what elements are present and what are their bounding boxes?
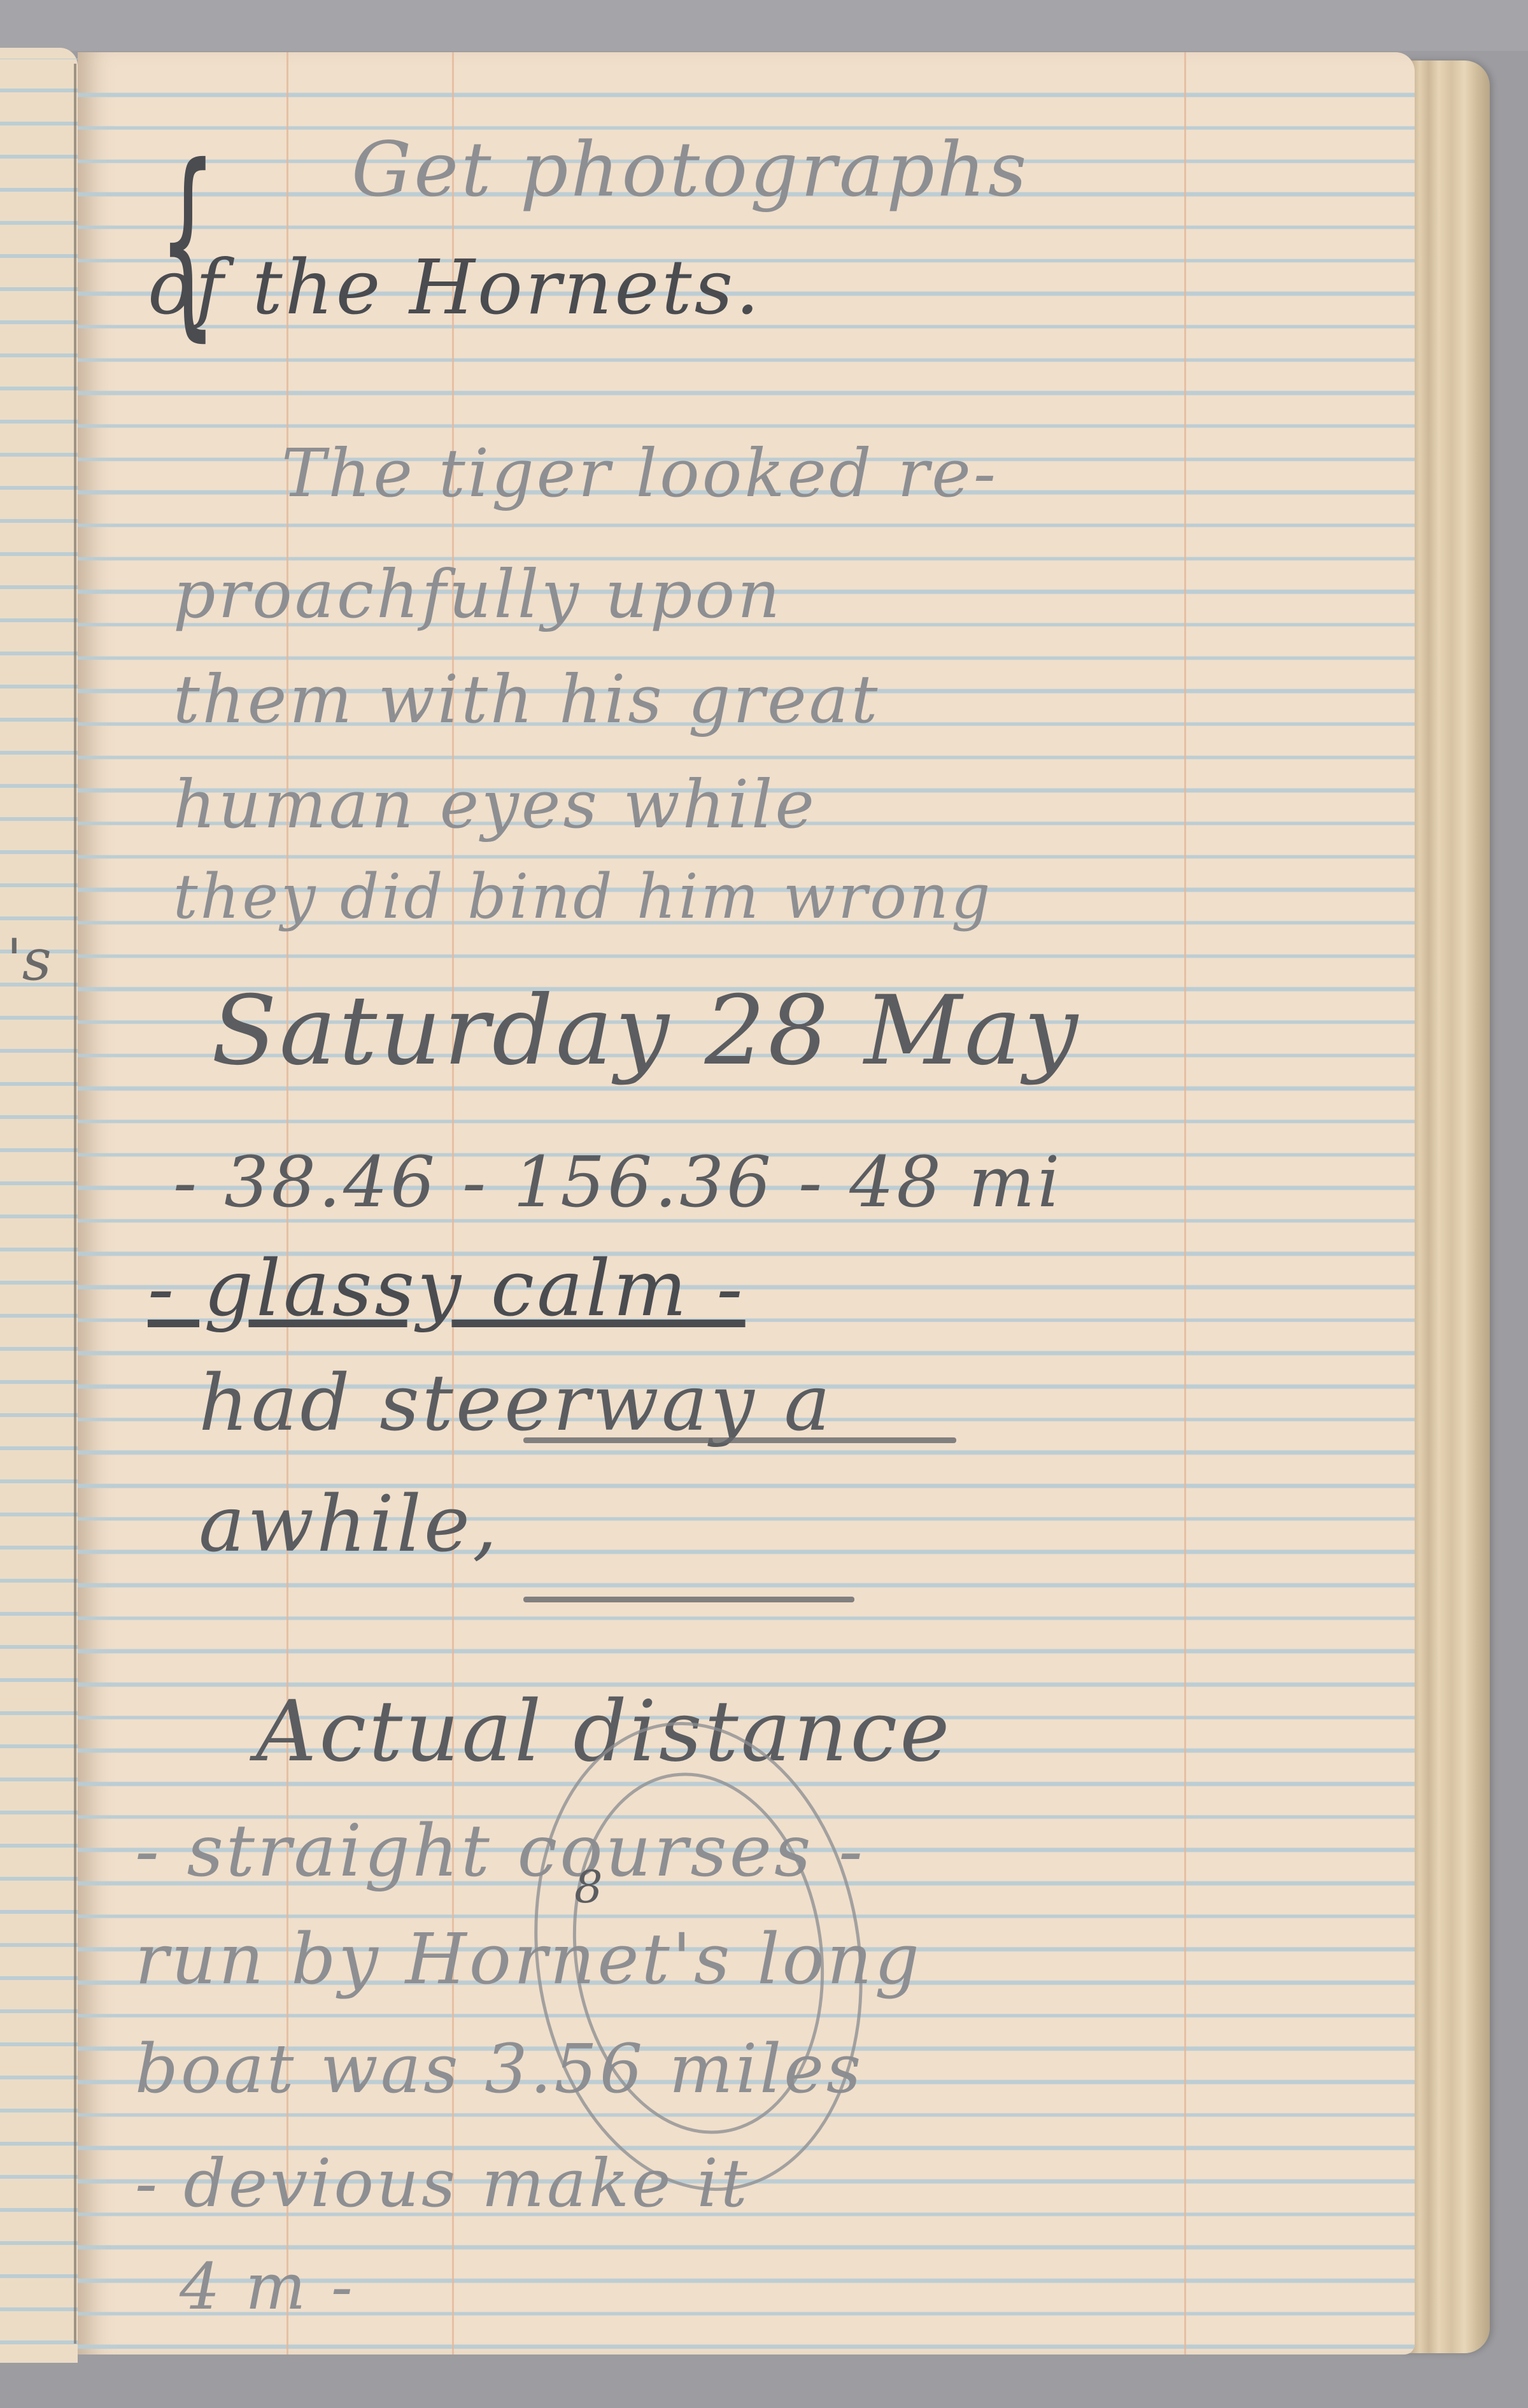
date-heading: Saturday 28 May xyxy=(211,976,1080,1086)
left-page: 's xyxy=(0,48,78,2363)
left-page-fragment-1: 's xyxy=(6,927,52,994)
margin-line-3 xyxy=(1184,52,1186,2355)
line-glassy-calm: - glassy calm - xyxy=(148,1243,746,1334)
line-had-steerway: had steerway a xyxy=(199,1358,833,1448)
line-coordinates: - 38.46 - 156.36 - 48 mi xyxy=(173,1141,1063,1223)
line-get-photographs: Get photographs xyxy=(351,125,1029,213)
underline-steerway xyxy=(523,1437,956,1443)
right-page: { Get photographs of the Hornets. The ti… xyxy=(78,52,1415,2355)
line-awhile: awhile, xyxy=(199,1479,500,1569)
rule-lines-left xyxy=(0,48,78,2363)
line-did-bind: they did bind him wrong xyxy=(173,861,993,932)
section-divider xyxy=(523,1597,854,1602)
line-four-m: 4 m - xyxy=(180,2249,355,2324)
circled-annotation-mark: 8 xyxy=(574,1861,605,1913)
line-reproachfully: proachfully upon xyxy=(173,555,782,633)
gutter xyxy=(74,64,76,2344)
line-them-with: them with his great xyxy=(173,660,880,738)
background-top xyxy=(0,0,1528,51)
line-human-eyes: human eyes while xyxy=(173,766,817,843)
line-tiger-looked: The tiger looked re- xyxy=(281,434,998,512)
line-of-the-hornets: of the Hornets. xyxy=(148,243,762,331)
